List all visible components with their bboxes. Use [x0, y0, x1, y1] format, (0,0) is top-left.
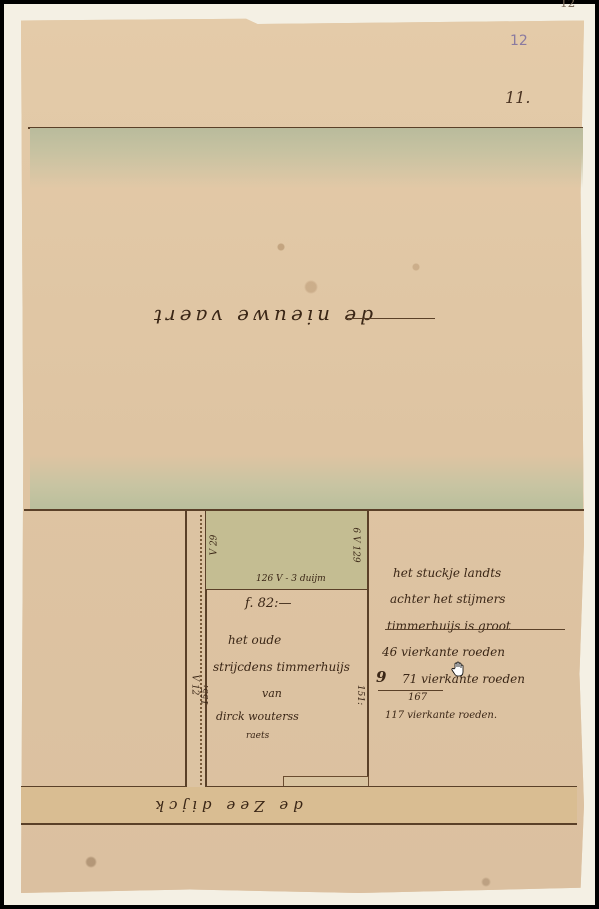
road-label: de Zee dijck	[150, 797, 303, 815]
parcel-left-measure: 155:	[201, 685, 211, 705]
center-lot-east-line	[367, 511, 369, 787]
parcel-right-measure: 151:	[355, 685, 365, 705]
note-margin-mark: 9	[376, 668, 386, 686]
path-strip	[186, 511, 206, 787]
parcel-line-1: het oude	[228, 633, 281, 647]
note-line-4: 46 vierkante roeden	[382, 645, 505, 659]
canal-label-flourish	[345, 318, 435, 319]
canal-wash-top	[30, 128, 583, 188]
note-line-3: timmerhuijs is groot	[387, 619, 511, 633]
canal-label: de nieuwe vaert	[150, 305, 373, 329]
folio-number: 11.	[505, 88, 530, 107]
green-parcel-bottom-measure: 126 V - 3 duijm	[256, 574, 326, 584]
archive-stamp-number: 12	[510, 33, 528, 49]
parcel-line-4: dirck wouterss	[216, 710, 299, 723]
parcel-number: f. 82:—	[245, 596, 292, 611]
parcel-line-2: strijcdens timmerhuijs	[213, 660, 350, 674]
note-line-6: 167	[408, 692, 427, 703]
note-line-2: achter het stijmers	[390, 592, 505, 606]
green-parcel-right-measure: 6 V 129	[351, 527, 361, 562]
road-bottom-line	[21, 823, 577, 825]
strip-dotted-line	[200, 515, 202, 785]
note-line-1: het stuckje landts	[393, 566, 501, 580]
parcel-line-3: van	[262, 687, 282, 700]
parcel-line-5: raets	[246, 731, 269, 741]
note-line-7: 117 vierkante roeden.	[385, 710, 497, 721]
note-sum-line	[378, 690, 443, 691]
note-strike-line	[385, 629, 565, 630]
canal-wash-bottom	[30, 455, 583, 510]
strip-measure: V 12	[189, 675, 199, 696]
top-edge-number: 12	[560, 0, 575, 10]
green-parcel-left-measure: V 29	[209, 535, 219, 556]
hand-pointer-cursor-icon	[451, 661, 465, 677]
left-lot-east-line	[185, 511, 187, 787]
green-parcel-bottom-line	[206, 589, 368, 590]
